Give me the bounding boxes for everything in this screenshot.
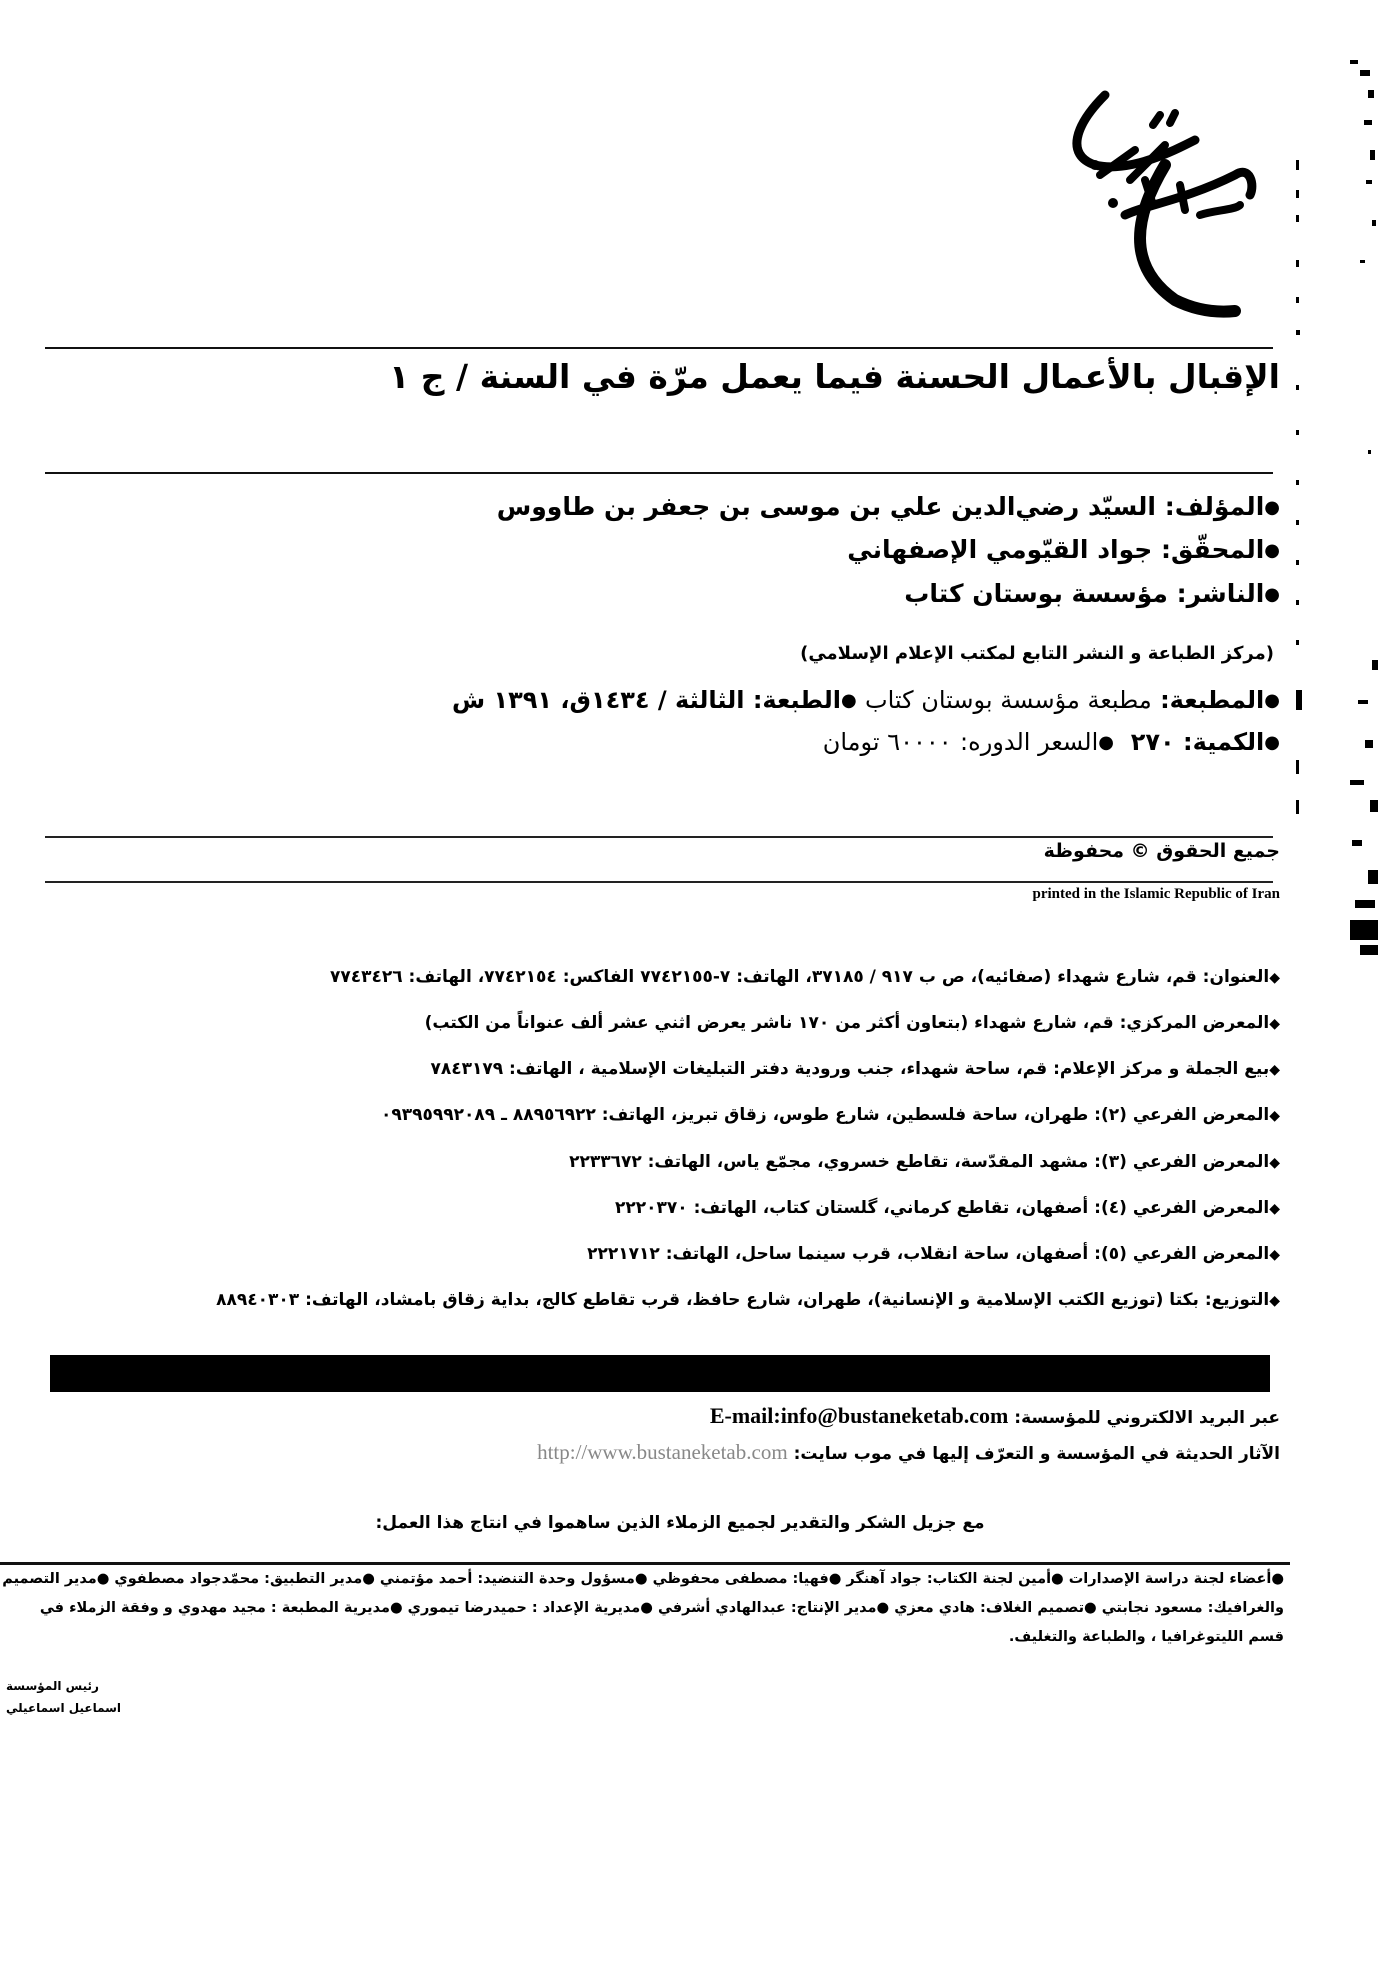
thanks-heading: مع جزيل الشكر والتقدير لجميع الزملاء الذ… bbox=[330, 1513, 1030, 1533]
author-line: ●المؤلف: السيّد رضي‌الدين علي بن موسى بن… bbox=[497, 487, 1280, 528]
publisher-logo bbox=[1035, 85, 1280, 320]
publisher-note: (مركز الطباعة و النشر التابع لمكتب الإعل… bbox=[800, 640, 1274, 668]
editor-value: جواد القيّومي الإصفهاني bbox=[847, 535, 1152, 564]
address-text: قم، شارع شهداء (صفائيه)، ص ب ٩١٧ / ٣٧١٨٥… bbox=[330, 967, 1197, 987]
press-line: ●المطبعة: مطبعة مؤسسة بوستان كتاب ●الطبع… bbox=[452, 680, 1280, 721]
publisher-value: مؤسسة بوستان كتاب bbox=[904, 579, 1168, 608]
bullet-icon: ● bbox=[1264, 540, 1280, 561]
author-label: المؤلف: bbox=[1165, 492, 1265, 521]
address-label: المعرض الفرعي (٥): bbox=[1094, 1244, 1269, 1264]
signature-role: رئيس المؤسسة bbox=[6, 1679, 99, 1693]
address-label: المعرض المركزي: bbox=[1120, 1013, 1270, 1033]
quantity-value: ٢٧٠ bbox=[1131, 728, 1175, 756]
editor-label: المحقّق: bbox=[1161, 535, 1264, 564]
address-text: أصفهان، ساحة انقلاب، قرب سينما ساحل، اله… bbox=[587, 1244, 1088, 1264]
diamond-bullet-icon: ◆ bbox=[1269, 970, 1280, 986]
address-item: ◆العنوان: قم، شارع شهداء (صفائيه)، ص ب ٩… bbox=[330, 965, 1280, 990]
address-item: ◆المعرض الفرعي (٥): أصفهان، ساحة انقلاب،… bbox=[587, 1242, 1280, 1267]
address-text: أصفهان، تقاطع كرماني، گلستان كتاب، الهات… bbox=[615, 1198, 1088, 1218]
quantity-label: الكمية: bbox=[1183, 728, 1264, 756]
diamond-bullet-icon: ◆ bbox=[1269, 1108, 1280, 1124]
publisher-label: الناشر: bbox=[1177, 579, 1265, 608]
price-label: السعر الدوره: bbox=[960, 728, 1098, 756]
signature-name: اسماعيل اسماعيلي bbox=[6, 1701, 121, 1715]
address-item: ◆بيع الجملة و مركز الإعلام: قم، ساحة شهد… bbox=[431, 1057, 1281, 1082]
edition-value: الثالثة / ١٤٣٤ق، ١٣٩١ ش bbox=[452, 686, 745, 714]
address-label: بيع الجملة و مركز الإعلام: bbox=[1053, 1059, 1269, 1079]
press-value: مطبعة مؤسسة بوستان كتاب bbox=[865, 686, 1152, 714]
calligraphy-logo-icon bbox=[1035, 85, 1280, 320]
bullet-icon: ● bbox=[1264, 690, 1280, 711]
book-title: الإقبال بالأعمال الحسنة فيما يعمل مرّة ف… bbox=[380, 352, 1280, 402]
diamond-bullet-icon: ◆ bbox=[1269, 1062, 1280, 1078]
address-text: طهران، ساحة فلسطين، شارع طوس، زقاق تبريز… bbox=[381, 1105, 1088, 1125]
address-label: التوزيع: bbox=[1205, 1290, 1269, 1310]
scan-edge-noise bbox=[1290, 40, 1382, 1940]
diamond-bullet-icon: ◆ bbox=[1269, 1293, 1280, 1309]
address-label: المعرض الفرعي (٤): bbox=[1094, 1198, 1269, 1218]
bullet-icon: ● bbox=[1264, 732, 1280, 753]
address-label: المعرض الفرعي (٢): bbox=[1094, 1105, 1269, 1125]
rights-reserved: جميع الحقوق © محفوظة bbox=[1044, 840, 1280, 862]
address-text: بكتا (توزيع الكتب الإسلامية و الإنسانية)… bbox=[216, 1290, 1199, 1310]
divider-rule bbox=[45, 347, 1273, 349]
divider-rule bbox=[0, 1562, 1290, 1565]
email-link[interactable]: E-mail:info@bustaneketab.com bbox=[710, 1403, 1009, 1428]
quantity-line: ●الكمية: ٢٧٠ ●السعر الدوره: ٦٠٠٠٠ تومان bbox=[823, 722, 1280, 763]
bullet-icon: ● bbox=[1098, 732, 1114, 753]
address-item: ◆المعرض الفرعي (٤): أصفهان، تقاطع كرماني… bbox=[615, 1196, 1280, 1221]
address-label: المعرض الفرعي (٣): bbox=[1094, 1152, 1269, 1172]
credits-line: ●أعضاء لجنة دراسة الإصدارات ●أمين لجنة ا… bbox=[0, 1568, 1284, 1590]
bullet-icon: ● bbox=[1264, 497, 1280, 518]
diamond-bullet-icon: ◆ bbox=[1269, 1155, 1280, 1171]
diamond-bullet-icon: ◆ bbox=[1269, 1247, 1280, 1263]
price-value: ٦٠٠٠٠ تومان bbox=[823, 728, 952, 756]
author-value: السيّد رضي‌الدين علي بن موسى بن جعفر بن … bbox=[497, 492, 1156, 521]
press-label: المطبعة: bbox=[1160, 686, 1264, 714]
publisher-line: ●الناشر: مؤسسة بوستان كتاب bbox=[904, 574, 1280, 615]
email-line: عبر البريد الالكتروني للمؤسسة: E-mail:in… bbox=[710, 1403, 1280, 1429]
editor-line: ●المحقّق: جواد القيّومي الإصفهاني bbox=[847, 530, 1280, 571]
divider-rule bbox=[45, 472, 1273, 474]
black-separator-bar bbox=[50, 1355, 1270, 1392]
credits-line: والغرافيك: مسعود نجابتي ●تصميم الغلاف: ه… bbox=[0, 1597, 1284, 1619]
website-label: الآثار الحديثة في المؤسسة و التعرّف إليه… bbox=[794, 1444, 1280, 1464]
divider-rule bbox=[45, 881, 1273, 883]
divider-rule bbox=[45, 836, 1273, 838]
bullet-icon: ● bbox=[1264, 584, 1280, 605]
diamond-bullet-icon: ◆ bbox=[1269, 1016, 1280, 1032]
website-link[interactable]: http://www.bustaneketab.com bbox=[537, 1440, 788, 1464]
diamond-bullet-icon: ◆ bbox=[1269, 1201, 1280, 1217]
bullet-icon: ● bbox=[841, 690, 857, 711]
credits-line: قسم الليتوغرافيا ، والطباعة والتغليف. bbox=[0, 1626, 1284, 1648]
email-label: عبر البريد الالكتروني للمؤسسة: bbox=[1014, 1408, 1280, 1428]
website-line: الآثار الحديثة في المؤسسة و التعرّف إليه… bbox=[497, 1440, 1280, 1465]
address-item: ◆المعرض المركزي: قم، شارع شهداء (بتعاون … bbox=[425, 1011, 1280, 1036]
address-label: العنوان: bbox=[1203, 967, 1270, 987]
address-item: ◆المعرض الفرعي (٣): مشهد المقدّسة، تقاطع… bbox=[569, 1150, 1280, 1175]
address-item: ◆المعرض الفرعي (٢): طهران، ساحة فلسطين، … bbox=[381, 1103, 1280, 1128]
edition-label: الطبعة: bbox=[753, 686, 841, 714]
address-text: مشهد المقدّسة، تقاطع خسروي، مجمّع ياس، ا… bbox=[569, 1152, 1088, 1172]
address-text: قم، شارع شهداء (بتعاون أكثر من ١٧٠ ناشر … bbox=[425, 1013, 1114, 1033]
address-text: قم، ساحة شهداء، جنب ورودية دفتر التبليغا… bbox=[431, 1059, 1048, 1079]
address-item: ◆التوزيع: بكتا (توزيع الكتب الإسلامية و … bbox=[216, 1288, 1280, 1313]
printed-in-text: printed in the Islamic Republic of Iran bbox=[1032, 886, 1280, 903]
